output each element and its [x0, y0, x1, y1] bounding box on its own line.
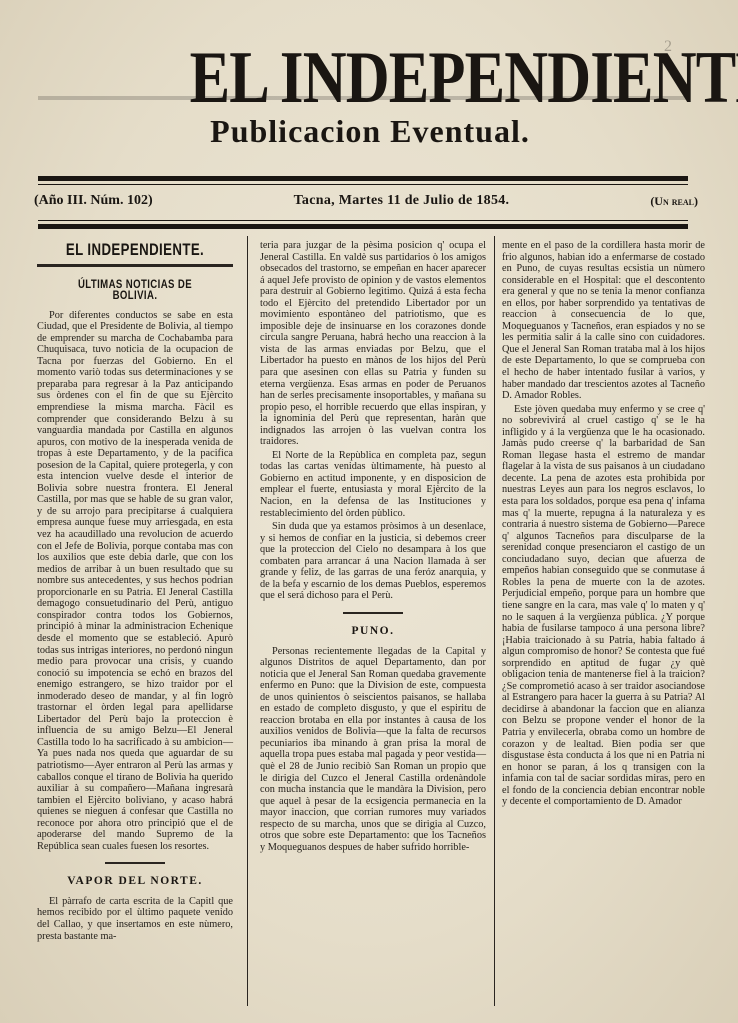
- section-divider-ornament: [343, 612, 403, 614]
- top-rule-thin: [38, 184, 688, 185]
- bottom-rule-thick: [38, 224, 688, 229]
- article-paragraph: Sin duda que ya estamos pròsimos à un de…: [260, 521, 486, 602]
- article-paragraph: Este jòven quedaba muy enfermo y se cree…: [502, 404, 705, 808]
- publication-date: Tacna, Martes 11 de Julio de 1854.: [294, 193, 510, 209]
- article-paragraph: Personas recientemente llegadas de la Ca…: [260, 646, 486, 854]
- newspaper-page: 2 EL INDEPENDIENTE. Publicacion Eventual…: [0, 0, 738, 1023]
- article-paragraph: El Norte de la Repùblica en completa paz…: [260, 450, 486, 519]
- inner-masthead: EL INDEPENDIENTE.: [59, 244, 212, 256]
- section-title-puno: PUNO.: [260, 626, 486, 638]
- column-divider: [494, 236, 495, 1006]
- section-title-bolivia: ÚLTIMAS NOTICIAS DE BOLIVIA.: [57, 279, 214, 302]
- dateline: (Año III. Núm. 102) Tacna, Martes 11 de …: [34, 189, 698, 213]
- column-3: mente en el paso de la cordillera hasta …: [502, 240, 705, 810]
- column-divider: [247, 236, 248, 1006]
- article-paragraph: El pàrrafo de carta escrita de la Capitl…: [37, 896, 233, 942]
- article-paragraph: teria para juzgar de la pèsima posicion …: [260, 240, 486, 448]
- bottom-rule-thin: [38, 220, 688, 221]
- masthead-subtitle: Publicacion Eventual.: [150, 113, 590, 150]
- article-paragraph: Por diferentes conductos se sabe en esta…: [37, 310, 233, 853]
- column-2: teria para juzgar de la pèsima posicion …: [260, 240, 486, 855]
- masthead-title: EL INDEPENDIENTE.: [190, 38, 551, 118]
- article-paragraph: mente en el paso de la cordillera hasta …: [502, 240, 705, 402]
- top-rule-thick: [38, 176, 688, 181]
- section-divider-ornament: [105, 862, 165, 864]
- edition-number: (Año III. Núm. 102): [34, 193, 153, 209]
- column-1: EL INDEPENDIENTE. ÚLTIMAS NOTICIAS DE BO…: [37, 240, 233, 944]
- inner-rule: [37, 264, 233, 267]
- section-title-vapor: VAPOR DEL NORTE.: [37, 876, 233, 888]
- price: (Un real): [650, 194, 698, 209]
